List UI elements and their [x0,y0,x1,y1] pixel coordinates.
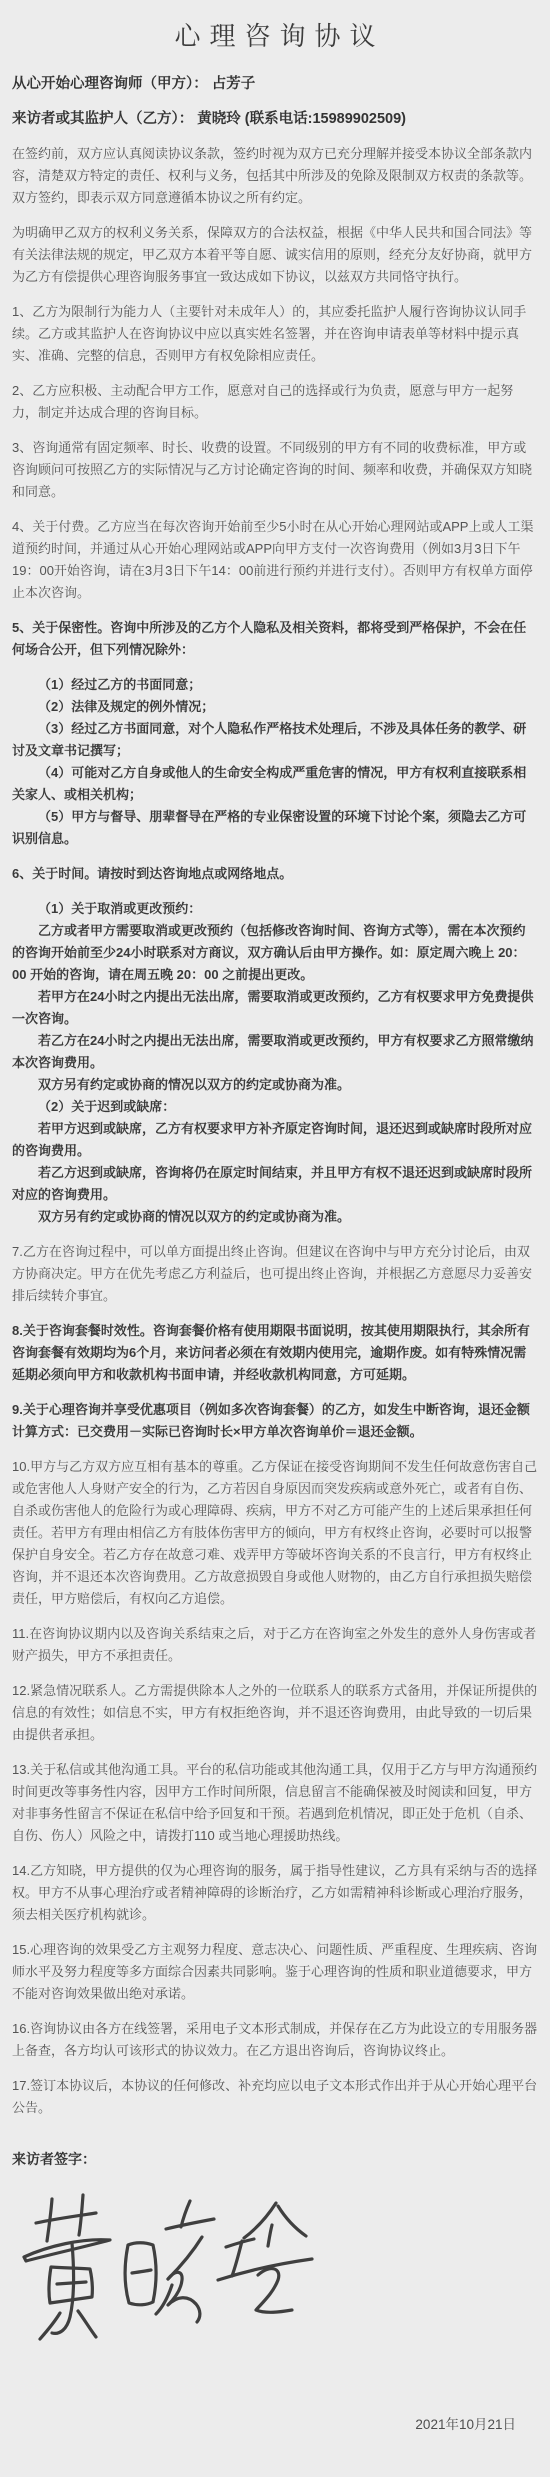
visitor-signature [20,2183,320,2353]
paragraph: （2）关于迟到或缺席： [12,1096,538,1118]
paragraph: 11.在咨询协议期内以及咨询关系结束之后，对于乙方在咨询室之外发生的意外人身伤害… [12,1623,538,1667]
counselor-party-line: 从心开始心理咨询师（甲方）： 占芳子 [12,73,538,95]
paragraph: 为明确甲乙双方的权利义务关系，保障双方的合法权益，根据《中华人民共和国合同法》等… [12,222,538,288]
paragraph: （5）甲方与督导、朋辈督导在严格的专业保密设置的环境下讨论个案，须隐去乙方可识别… [12,806,538,850]
visitor-signature-ink [20,2183,320,2353]
visitor-name-and-phone: 黄晓玲 (联系电话:15989902509) [197,111,406,127]
paragraph: 15.心理咨询的效果受乙方主观努力程度、意志决心、问题性质、严重程度、生理疾病、… [12,1939,538,2005]
paragraph: 14.乙方知晓，甲方提供的仅为心理咨询的服务，属于指导性建议，乙方具有采纳与否的… [12,1860,538,1926]
paragraph: （1）关于取消或更改预约： [12,898,538,920]
paragraph: 1、乙方为限制行为能力人（主要针对未成年人）的，其应委托监护人履行咨询协议认同手… [12,301,538,367]
visitor-party-label: 来访者或其监护人（乙方）： [12,111,193,127]
paragraph: （4）可能对乙方自身或他人的生命安全构成严重危害的情况，甲方有权利直接联系相关家… [12,762,538,806]
paragraph: 乙方或者甲方需要取消或更改预约（包括修改咨询时间、咨询方式等），需在本次预约的咨… [12,920,538,986]
paragraph: 10.甲方与乙方双方应互相有基本的尊重。乙方保证在接受咨询期间不发生任何故意伤害… [12,1456,538,1610]
paragraph: 在签约前，双方应认真阅读协议条款，签约时视为双方已充分理解并接受本协议全部条款内… [12,143,538,209]
counselor-name: 占芳子 [212,76,256,92]
agreement-document: 心理咨询协议 从心开始心理咨询师（甲方）： 占芳子 来访者或其监护人（乙方）： … [0,0,550,2477]
paragraph: 双方另有约定或协商的情况以双方的约定或协商为准。 [12,1206,538,1228]
paragraph: 双方另有约定或协商的情况以双方的约定或协商为准。 [12,1074,538,1096]
paragraph: 8.关于咨询套餐时效性。咨询套餐价格有使用期限书面说明，按其使用期限执行，其余所… [12,1320,538,1386]
agreement-date: 2021年10月21日 [12,2413,538,2433]
paragraph: （2）法律及规定的例外情况； [12,696,538,718]
paragraph: 13.关于私信或其他沟通工具。平台的私信功能或其他沟通工具，仅用于乙方与甲方沟通… [12,1759,538,1847]
paragraph: 7.乙方在咨询过程中，可以单方面提出终止咨询。但建议在咨询中与甲方充分讨论后，由… [12,1241,538,1307]
paragraph: 17.签订本协议后，本协议的任何修改、补充均应以电子文本形式作出并于从心开始心理… [12,2075,538,2119]
counselor-party-label: 从心开始心理咨询师（甲方）： [12,76,208,92]
paragraph: （1）经过乙方的书面同意； [12,674,538,696]
terms-body: 在签约前，双方应认真阅读协议条款，签约时视为双方已充分理解并接受本协议全部条款内… [12,143,538,2119]
paragraph: 若乙方迟到或缺席，咨询将仍在原定时间结束，并且甲方有权不退还迟到或缺席时段所对应… [12,1162,538,1206]
paragraph: 5、关于保密性。咨询中所涉及的乙方个人隐私及相关资料，都将受到严格保护，不会在任… [12,617,538,661]
paragraph: 16.咨询协议由各方在线签署，采用电子文本形式制成，并保存在乙方为此设立的专用服… [12,2018,538,2062]
paragraph: 若甲方在24小时之内提出无法出席，需要取消或更改预约，乙方有权要求甲方免费提供一… [12,986,538,1030]
paragraph: 6、关于时间。请按时到达咨询地点或网络地点。 [12,863,538,885]
paragraph: 4、关于付费。乙方应当在每次咨询开始前至少5小时在从心开始心理网站或APP上或人… [12,516,538,604]
paragraph: 9.关于心理咨询并享受优惠项目（例如多次咨询套餐）的乙方，如发生中断咨询，退还金… [12,1399,538,1443]
signature-label: 来访者签字： [12,2149,538,2169]
page-title: 心理咨询协议 [12,16,538,53]
paragraph: 2、乙方应积极、主动配合甲方工作，愿意对自己的选择或行为负责，愿意与甲方一起努力… [12,380,538,424]
visitor-party-line: 来访者或其监护人（乙方）： 黄晓玲 (联系电话:15989902509) [12,108,538,130]
paragraph: （3）经过乙方书面同意，对个人隐私作严格技术处理后，不涉及具体任务的教学、研讨及… [12,718,538,762]
paragraph: 若乙方在24小时之内提出无法出席，需要取消或更改预约，甲方有权要求乙方照常缴纳本… [12,1030,538,1074]
paragraph: 3、咨询通常有固定频率、时长、收费的设置。不同级别的甲方有不同的收费标准，甲方或… [12,437,538,503]
paragraph: 12.紧急情况联系人。乙方需提供除本人之外的一位联系人的联系方式备用，并保证所提… [12,1680,538,1746]
paragraph: 若甲方迟到或缺席，乙方有权要求甲方补齐原定咨询时间，退还迟到或缺席时段所对应的咨… [12,1118,538,1162]
